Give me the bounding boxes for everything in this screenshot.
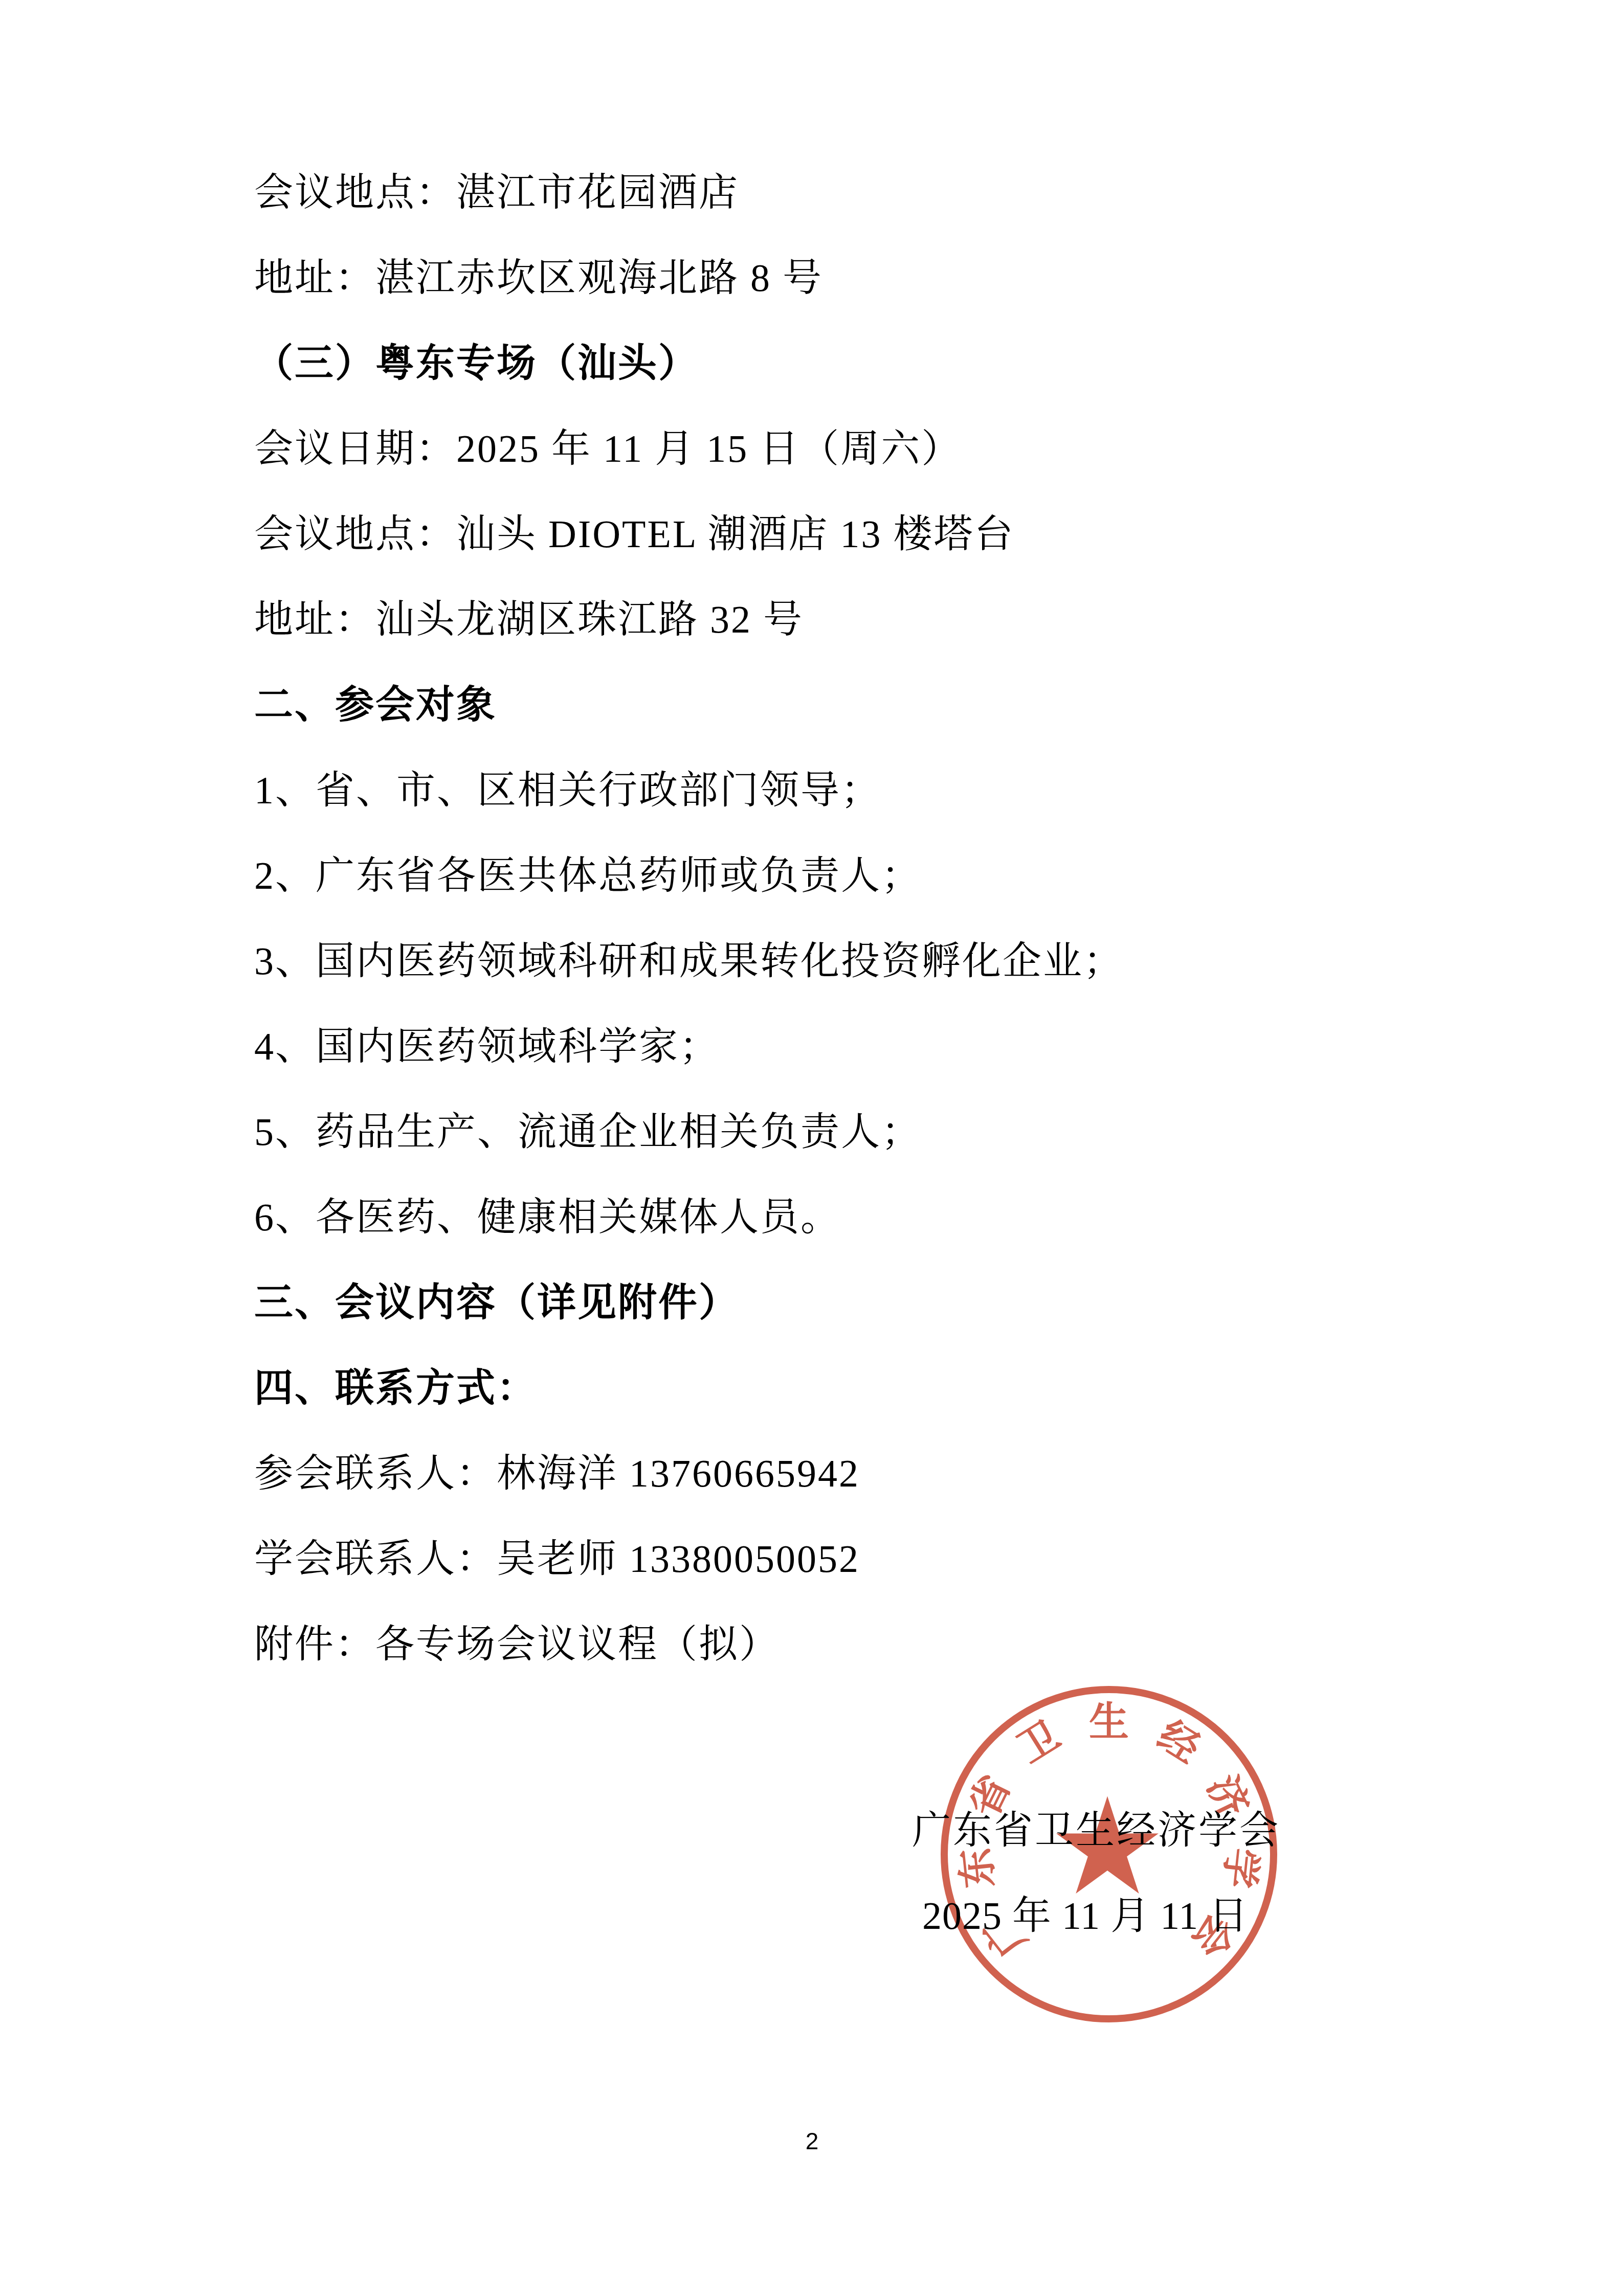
doc-line: 三、会议内容（详见附件） [254,1260,1456,1346]
doc-line: 会议地点：汕头 DIOTEL 潮酒店 13 楼塔台 [254,492,1456,577]
doc-line: 2、广东省各医共体总药师或负责人； [254,834,1456,919]
doc-line: 6、各医药、健康相关媒体人员。 [254,1175,1456,1260]
stamp-character: 卫 [1010,1713,1067,1771]
doc-line: 地址：湛江赤坎区观海北路 8 号 [254,236,1456,321]
stamp-character: 省 [961,1769,1018,1824]
doc-line: 地址：汕头龙湖区珠江路 32 号 [254,577,1456,663]
doc-line: 学会联系人：吴老师 13380050052 [254,1517,1456,1602]
doc-line: 3、国内医药领域科研和成果转化投资孵化企业； [254,919,1456,1004]
doc-line: 4、国内医药领域科学家； [254,1004,1456,1090]
star-icon [1056,1796,1159,1894]
stamp-character: 学 [1216,1846,1265,1890]
document-page: 会议地点：湛江市花园酒店地址：湛江赤坎区观海北路 8 号（三）粤东专场（汕头）会… [0,0,1624,2296]
doc-line: 参会联系人：林海洋 13760665942 [254,1431,1456,1517]
doc-line: 四、联系方式： [254,1346,1456,1431]
body-text: 会议地点：湛江市花园酒店地址：湛江赤坎区观海北路 8 号（三）粤东专场（汕头）会… [254,150,1456,1687]
stamp-character: 济 [1199,1769,1256,1824]
doc-line: 1、省、市、区相关行政部门领导； [254,748,1456,834]
doc-line: 会议地点：湛江市花园酒店 [254,150,1456,236]
doc-line: 会议日期：2025 年 11 月 15 日（周六） [254,407,1456,492]
stamp-character: 经 [1150,1713,1208,1771]
doc-line: 二、参会对象 [254,663,1456,748]
official-seal-stamp: 广东省卫生经济学会 [915,1660,1303,2049]
doc-line: 5、药品生产、流通企业相关负责人； [254,1090,1456,1175]
page-number: 2 [0,2127,1624,2155]
stamp-character: 生 [1089,1700,1129,1744]
doc-line: （三）粤东专场（汕头） [254,321,1456,407]
stamp-character: 东 [953,1846,1002,1890]
